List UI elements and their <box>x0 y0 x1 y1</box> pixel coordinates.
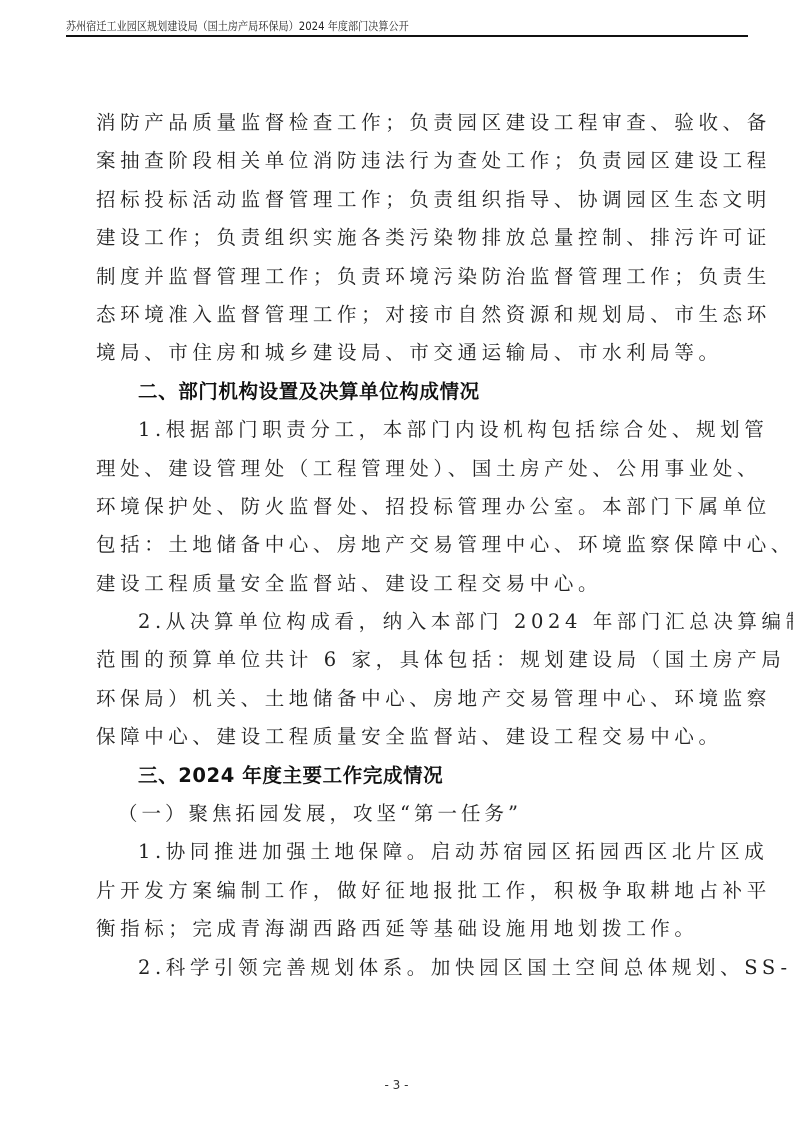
paragraph-line: 1.根据部门职责分工，本部门内设机构包括综合处、规划管 <box>96 411 708 449</box>
paragraph-line: 1.协同推进加强土地保障。启动苏宿园区拓园西区北片区成 <box>96 833 708 871</box>
paragraph-line: 理处、建设管理处（工程管理处）、国土房产处、公用事业处、 <box>96 450 708 488</box>
header-title: 苏州宿迁工业园区规划建设局（国土房产局环保局）2024 年度部门决算公开 <box>66 18 409 34</box>
document-body: 消防产品质量监督检查工作；负责园区建设工程审查、验收、备 案抽查阶段相关单位消防… <box>96 104 708 987</box>
paragraph-line: 制度并监督管理工作；负责环境污染防治监督管理工作；负责生 <box>96 258 708 296</box>
paragraph-line: 衡指标；完成青海湖西路西延等基础设施用地划拨工作。 <box>96 910 708 948</box>
paragraph-line: 招标投标活动监督管理工作；负责组织指导、协调园区生态文明 <box>96 181 708 219</box>
section-heading-2: 二、部门机构设置及决算单位构成情况 <box>96 373 708 411</box>
paragraph-line: 态环境准入监督管理工作；对接市自然资源和规划局、市生态环 <box>96 296 708 334</box>
header-divider <box>66 35 748 37</box>
paragraph-line: 保障中心、建设工程质量安全监督站、建设工程交易中心。 <box>96 718 708 756</box>
paragraph-line: 建设工程质量安全监督站、建设工程交易中心。 <box>96 565 708 603</box>
paragraph-line: 环保局）机关、土地储备中心、房地产交易管理中心、环境监察 <box>96 680 708 718</box>
paragraph-line: 消防产品质量监督检查工作；负责园区建设工程审查、验收、备 <box>96 104 708 142</box>
paragraph-line: 2.从决算单位构成看，纳入本部门 2024 年部门汇总决算编制 <box>96 603 708 641</box>
paragraph-line: 案抽查阶段相关单位消防违法行为查处工作；负责园区建设工程 <box>96 142 708 180</box>
page-number: - 3 - <box>0 1078 793 1092</box>
page-header: 苏州宿迁工业园区规划建设局（国土房产局环保局）2024 年度部门决算公开 <box>66 18 748 38</box>
paragraph-line: 建设工作；负责组织实施各类污染物排放总量控制、排污许可证 <box>96 219 708 257</box>
paragraph-line: 片开发方案编制工作，做好征地报批工作，积极争取耕地占补平 <box>96 872 708 910</box>
paragraph-line: 范围的预算单位共计 6 家，具体包括：规划建设局（国土房产局 <box>96 641 708 679</box>
subsection-heading: （一）聚焦拓园发展，攻坚“第一任务” <box>96 795 708 833</box>
paragraph-line: 环境保护处、防火监督处、招投标管理办公室。本部门下属单位 <box>96 488 708 526</box>
paragraph-line: 包括：土地储备中心、房地产交易管理中心、环境监察保障中心、 <box>96 526 708 564</box>
section-heading-3: 三、2024 年度主要工作完成情况 <box>96 757 708 795</box>
paragraph-line: 境局、市住房和城乡建设局、市交通运输局、市水利局等。 <box>96 334 708 372</box>
paragraph-line: 2.科学引领完善规划体系。加快园区国土空间总体规划、SS- <box>96 949 708 987</box>
